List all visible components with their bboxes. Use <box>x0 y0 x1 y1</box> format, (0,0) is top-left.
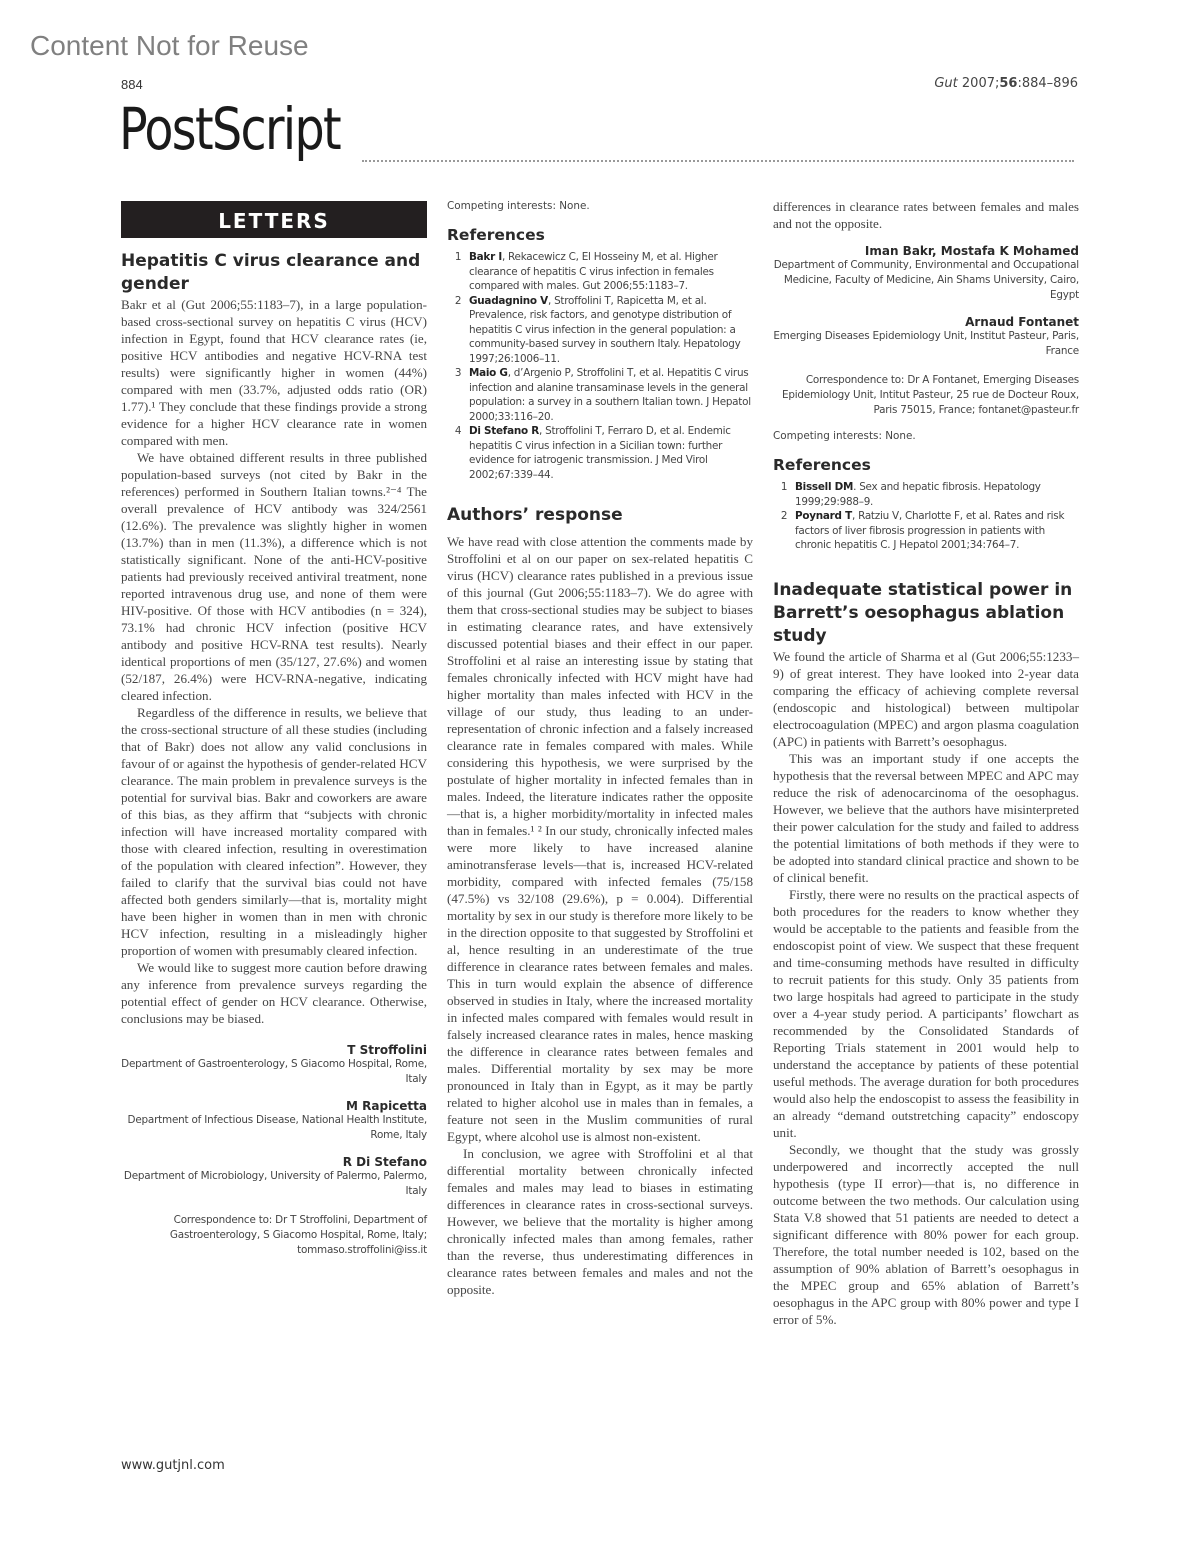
response-paragraph-continued: differences in clearance rates between f… <box>773 198 1079 232</box>
author-affiliation: Department of Infectious Disease, Nation… <box>121 1113 427 1143</box>
dotted-rule <box>362 160 1074 162</box>
letter-paragraph: We have obtained different results in th… <box>121 449 427 704</box>
competing-interests: Competing interests: None. <box>773 430 1079 442</box>
reference-item: 1Bissell DM. Sex and hepatic fibrosis. H… <box>773 480 1079 509</box>
author-name: R Di Stefano <box>121 1155 427 1169</box>
competing-interests: Competing interests: None. <box>447 200 753 212</box>
letter-paragraph: Bakr et al (Gut 2006;55:1183–7), in a la… <box>121 296 427 449</box>
section-title: PostScript <box>119 100 340 158</box>
letter-title: Inadequate statistical power in Barrett’… <box>773 579 1079 648</box>
reference-item: 3Maio G, d’Argenio P, Stroffolini T, et … <box>447 366 753 424</box>
page-number: 884 <box>121 77 143 92</box>
reference-item: 1Bakr I, Rekacewicz C, El Hosseiny M, et… <box>447 250 753 294</box>
author-name: Arnaud Fontanet <box>773 315 1079 329</box>
response-title: Authors’ response <box>447 504 753 527</box>
author-affiliation: Department of Microbiology, University o… <box>121 1169 427 1199</box>
letter-paragraph: We would like to suggest more caution be… <box>121 959 427 1027</box>
letter-paragraph: This was an important study if one accep… <box>773 750 1079 886</box>
letter-title: Hepatitis C virus clearance and gender <box>121 250 427 296</box>
reference-item: 4Di Stefano R, Stroffolini T, Ferraro D,… <box>447 424 753 482</box>
journal-url: www.gutjnl.com <box>121 1458 225 1473</box>
author-name: M Rapicetta <box>121 1099 427 1113</box>
journal-citation: Gut 2007;56:884–896 <box>934 76 1078 91</box>
reference-list: 1Bakr I, Rekacewicz C, El Hosseiny M, et… <box>447 250 753 482</box>
response-paragraph: We have read with close attention the co… <box>447 533 753 1145</box>
correspondence: Correspondence to: Dr A Fontanet, Emergi… <box>773 373 1079 418</box>
references-heading: References <box>447 226 753 244</box>
author-affiliation: Department of Gastroenterology, S Giacom… <box>121 1057 427 1087</box>
letters-banner: LETTERS <box>121 201 427 238</box>
column-2: Competing interests: None. References 1B… <box>447 198 753 1298</box>
letter-paragraph: Regardless of the difference in results,… <box>121 704 427 959</box>
author-affiliation: Department of Community, Environmental a… <box>773 258 1079 303</box>
watermark: Content Not for Reuse <box>30 30 309 62</box>
references-heading: References <box>773 456 1079 474</box>
column-1: LETTERS Hepatitis C virus clearance and … <box>121 198 427 1258</box>
author-name: Iman Bakr, Mostafa K Mohamed <box>773 244 1079 258</box>
volume: 56 <box>999 76 1017 91</box>
journal-name: Gut <box>934 76 957 91</box>
letter-paragraph: Firstly, there were no results on the pr… <box>773 886 1079 1141</box>
reference-list: 1Bissell DM. Sex and hepatic fibrosis. H… <box>773 480 1079 553</box>
correspondence: Correspondence to: Dr T Stroffolini, Dep… <box>121 1213 427 1258</box>
reference-item: 2Poynard T, Ratziu V, Charlotte F, et al… <box>773 509 1079 553</box>
column-3: differences in clearance rates between f… <box>773 198 1079 1328</box>
author-name: T Stroffolini <box>121 1043 427 1057</box>
letter-paragraph: Secondly, we thought that the study was … <box>773 1141 1079 1328</box>
author-affiliation: Emerging Diseases Epidemiology Unit, Ins… <box>773 329 1079 359</box>
letter-paragraph: We found the article of Sharma et al (Gu… <box>773 648 1079 750</box>
reference-item: 2Guadagnino V, Stroffolini T, Rapicetta … <box>447 294 753 367</box>
response-paragraph: In conclusion, we agree with Stroffolini… <box>447 1145 753 1298</box>
